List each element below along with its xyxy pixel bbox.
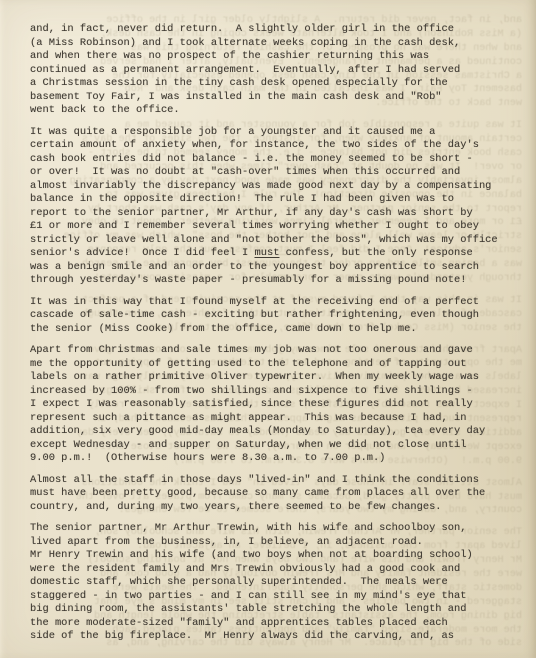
typescript-line: side of the big fireplace. Mr Henry alwa…: [30, 630, 516, 644]
typescript-line: increased by 100% - from two shillings a…: [30, 385, 516, 399]
typescript-line: almost invariably the discrepancy was ma…: [30, 180, 516, 194]
typescript-line: Mr Henry Trewin and his wife (and two bo…: [30, 549, 516, 563]
typescript-line: cascade of sale-time cash - exciting but…: [30, 309, 516, 323]
paragraph: Apart from Christmas and sale times my j…: [30, 344, 516, 466]
typescript-line: except Wednesday - and supper on Saturda…: [30, 439, 516, 453]
typescript-line: strictly or leave well alone and "not bo…: [30, 234, 516, 248]
typescript-line: were the resident family and Mrs Trewin …: [30, 563, 516, 577]
typescript-line: certain amount of anxiety when, for inst…: [30, 139, 516, 153]
paragraph: It was quite a responsible job for a you…: [30, 126, 516, 288]
typescript-line: continued as a permanent arrangement. Ev…: [30, 64, 516, 78]
typescript-line: report to the senior partner, Mr Arthur,…: [30, 207, 516, 221]
typescript-line: went back to the office.: [30, 104, 516, 118]
typescript-line: The senior partner, Mr Arthur Trewin, wi…: [30, 522, 516, 536]
typescript-line: through yesterday's waste paper - presum…: [30, 274, 516, 288]
typescript-line: cash book entries did not balance - i.e.…: [30, 153, 516, 167]
typescript-line: lived apart from the business, in, I bel…: [30, 536, 516, 550]
paragraph: Almost all the staff in those days "live…: [30, 474, 516, 515]
typescript-line: and when there was no prospect of the ca…: [30, 50, 516, 64]
typescript-line: basement Toy Fair, I was installed in th…: [30, 91, 516, 105]
typescript-line: the more moderate-sized "family" and app…: [30, 617, 516, 631]
paragraph: It was in this way that I found myself a…: [30, 296, 516, 337]
paragraph: and, in fact, never did return. A slight…: [30, 23, 516, 118]
paragraph: The senior partner, Mr Arthur Trewin, wi…: [30, 522, 516, 644]
typescript-line: addition, six very good mid-day meals (M…: [30, 425, 516, 439]
typescript-line: (a Miss Robinson) and I took alternate w…: [30, 37, 516, 51]
typescript-line: labels on a rather primitive Oliver type…: [30, 371, 516, 385]
typescript-line: a Christmas session in the tiny cash des…: [30, 77, 516, 91]
scanned-typescript-page: and, in fact, never did return. A slight…: [0, 0, 536, 658]
typescript-line: Almost all the staff in those days "live…: [30, 474, 516, 488]
typescript-line: was a benign smile and an order to the y…: [30, 261, 516, 275]
typescript-line: represent such a pittance as might appea…: [30, 412, 516, 426]
underlined-word: must: [254, 247, 279, 259]
typescript-line: the senior (Miss Cooke) from the office,…: [30, 323, 516, 337]
typescript-line: Apart from Christmas and sale times my j…: [30, 344, 516, 358]
typescript-line: I expect I was reasonably satisfied, sin…: [30, 398, 516, 412]
typescript-line: It was quite a responsible job for a you…: [30, 126, 516, 140]
typescript-line: me the opportunity of getting used to th…: [30, 358, 516, 372]
typescript-line: £1 or more and I remember several times …: [30, 220, 516, 234]
typescript-line: must have been pretty good, because so m…: [30, 487, 516, 501]
typescript-line: domestic staff, which she personally sup…: [30, 576, 516, 590]
typescript-document: and, in fact, never did return. A slight…: [30, 23, 516, 652]
typescript-line: country, and, during my two years, there…: [30, 501, 516, 515]
typescript-line: balance in the opposite direction! The r…: [30, 193, 516, 207]
typescript-line: 9.00 p.m.! (Otherwise hours were 8.30 a.…: [30, 452, 516, 466]
typescript-line: or over! It was no doubt at "cash-over" …: [30, 166, 516, 180]
typescript-line: big dining room, the assistants' table s…: [30, 603, 516, 617]
typescript-line: and, in fact, never did return. A slight…: [30, 23, 516, 37]
typescript-line: senior's advice! Once I did feel I must …: [30, 247, 516, 261]
typescript-line: staggered - in two parties - and I can s…: [30, 590, 516, 604]
typescript-line: It was in this way that I found myself a…: [30, 296, 516, 310]
